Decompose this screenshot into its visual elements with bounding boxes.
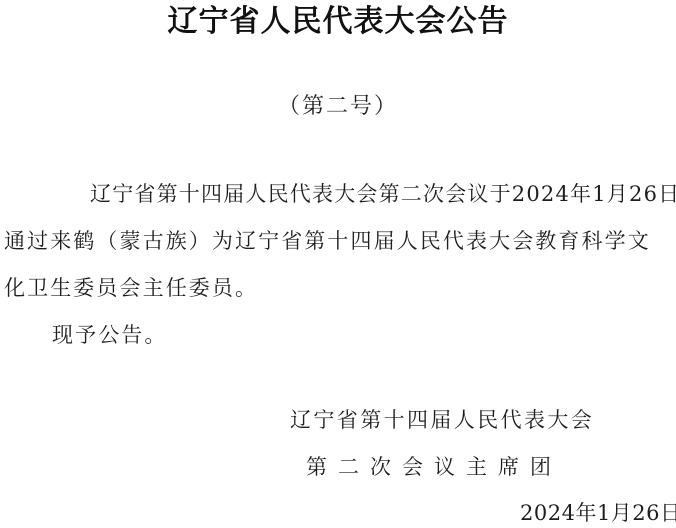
body-line-3: 化卫生委员会主任委员。 — [4, 272, 258, 302]
body-line-1: 辽宁省第十四届人民代表大会第二次会议于2024年1月26日 — [90, 178, 676, 208]
body-line-2: 通过来鹤（蒙古族）为辽宁省第十四届人民代表大会教育科学文 — [4, 225, 651, 255]
signature-date: 2024年1月26日 — [520, 497, 676, 527]
announcement-document: 辽宁省人民代表大会公告 （第二号） 辽宁省第十四届人民代表大会第二次会议于202… — [0, 0, 676, 528]
issuer-line-1: 辽宁省第十四届人民代表大会 — [290, 404, 594, 434]
document-title: 辽宁省人民代表大会公告 — [0, 2, 676, 42]
issuer-line-2: 第二次会议主席团 — [306, 451, 562, 481]
closing-statement: 现予公告。 — [52, 319, 168, 349]
document-number: （第二号） — [0, 92, 676, 122]
